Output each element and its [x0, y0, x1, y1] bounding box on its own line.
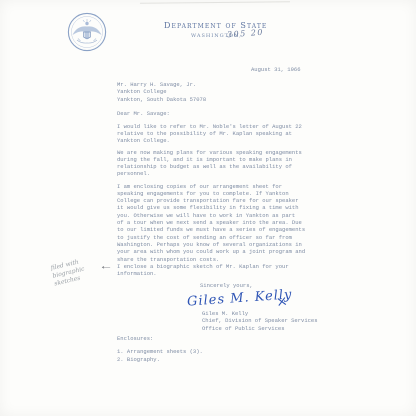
scan-artifact — [140, 1, 290, 10]
signer-name-title-block: Giles M. Kelly Chief, Division of Speake… — [202, 310, 318, 332]
left-arrow-icon: ← — [99, 261, 113, 272]
signature-flourish: × — [275, 293, 289, 310]
body-paragraph-4: I enclose a biographic sketch of Mr. Kap… — [117, 263, 289, 278]
department-of-state-seal-icon — [67, 12, 107, 52]
body-paragraph-2: We are now making plans for various spea… — [117, 149, 302, 178]
salutation: Dear Mr. Savage: — [117, 110, 170, 117]
letter-page: Department of State WASHINGTON, 305 20 A… — [0, 0, 416, 416]
enclosure-item: 1. Arrangement sheets (3). — [117, 348, 203, 355]
letter-date: August 31, 1966 — [251, 66, 301, 73]
body-paragraph-3: I am enclosing copies of our arrangement… — [117, 183, 305, 264]
recipient-address-block: Mr. Harry H. Savage, Jr. Yankton College… — [117, 81, 206, 103]
handwritten-file-number: 305 20 — [227, 28, 265, 40]
enclosures-label: Enclosures: — [117, 335, 153, 342]
enclosure-item: 2. Biography. — [117, 356, 160, 363]
valediction: Sincerely yours, — [200, 282, 253, 289]
body-paragraph-1: I would like to refer to Mr. Noble's let… — [117, 123, 302, 145]
